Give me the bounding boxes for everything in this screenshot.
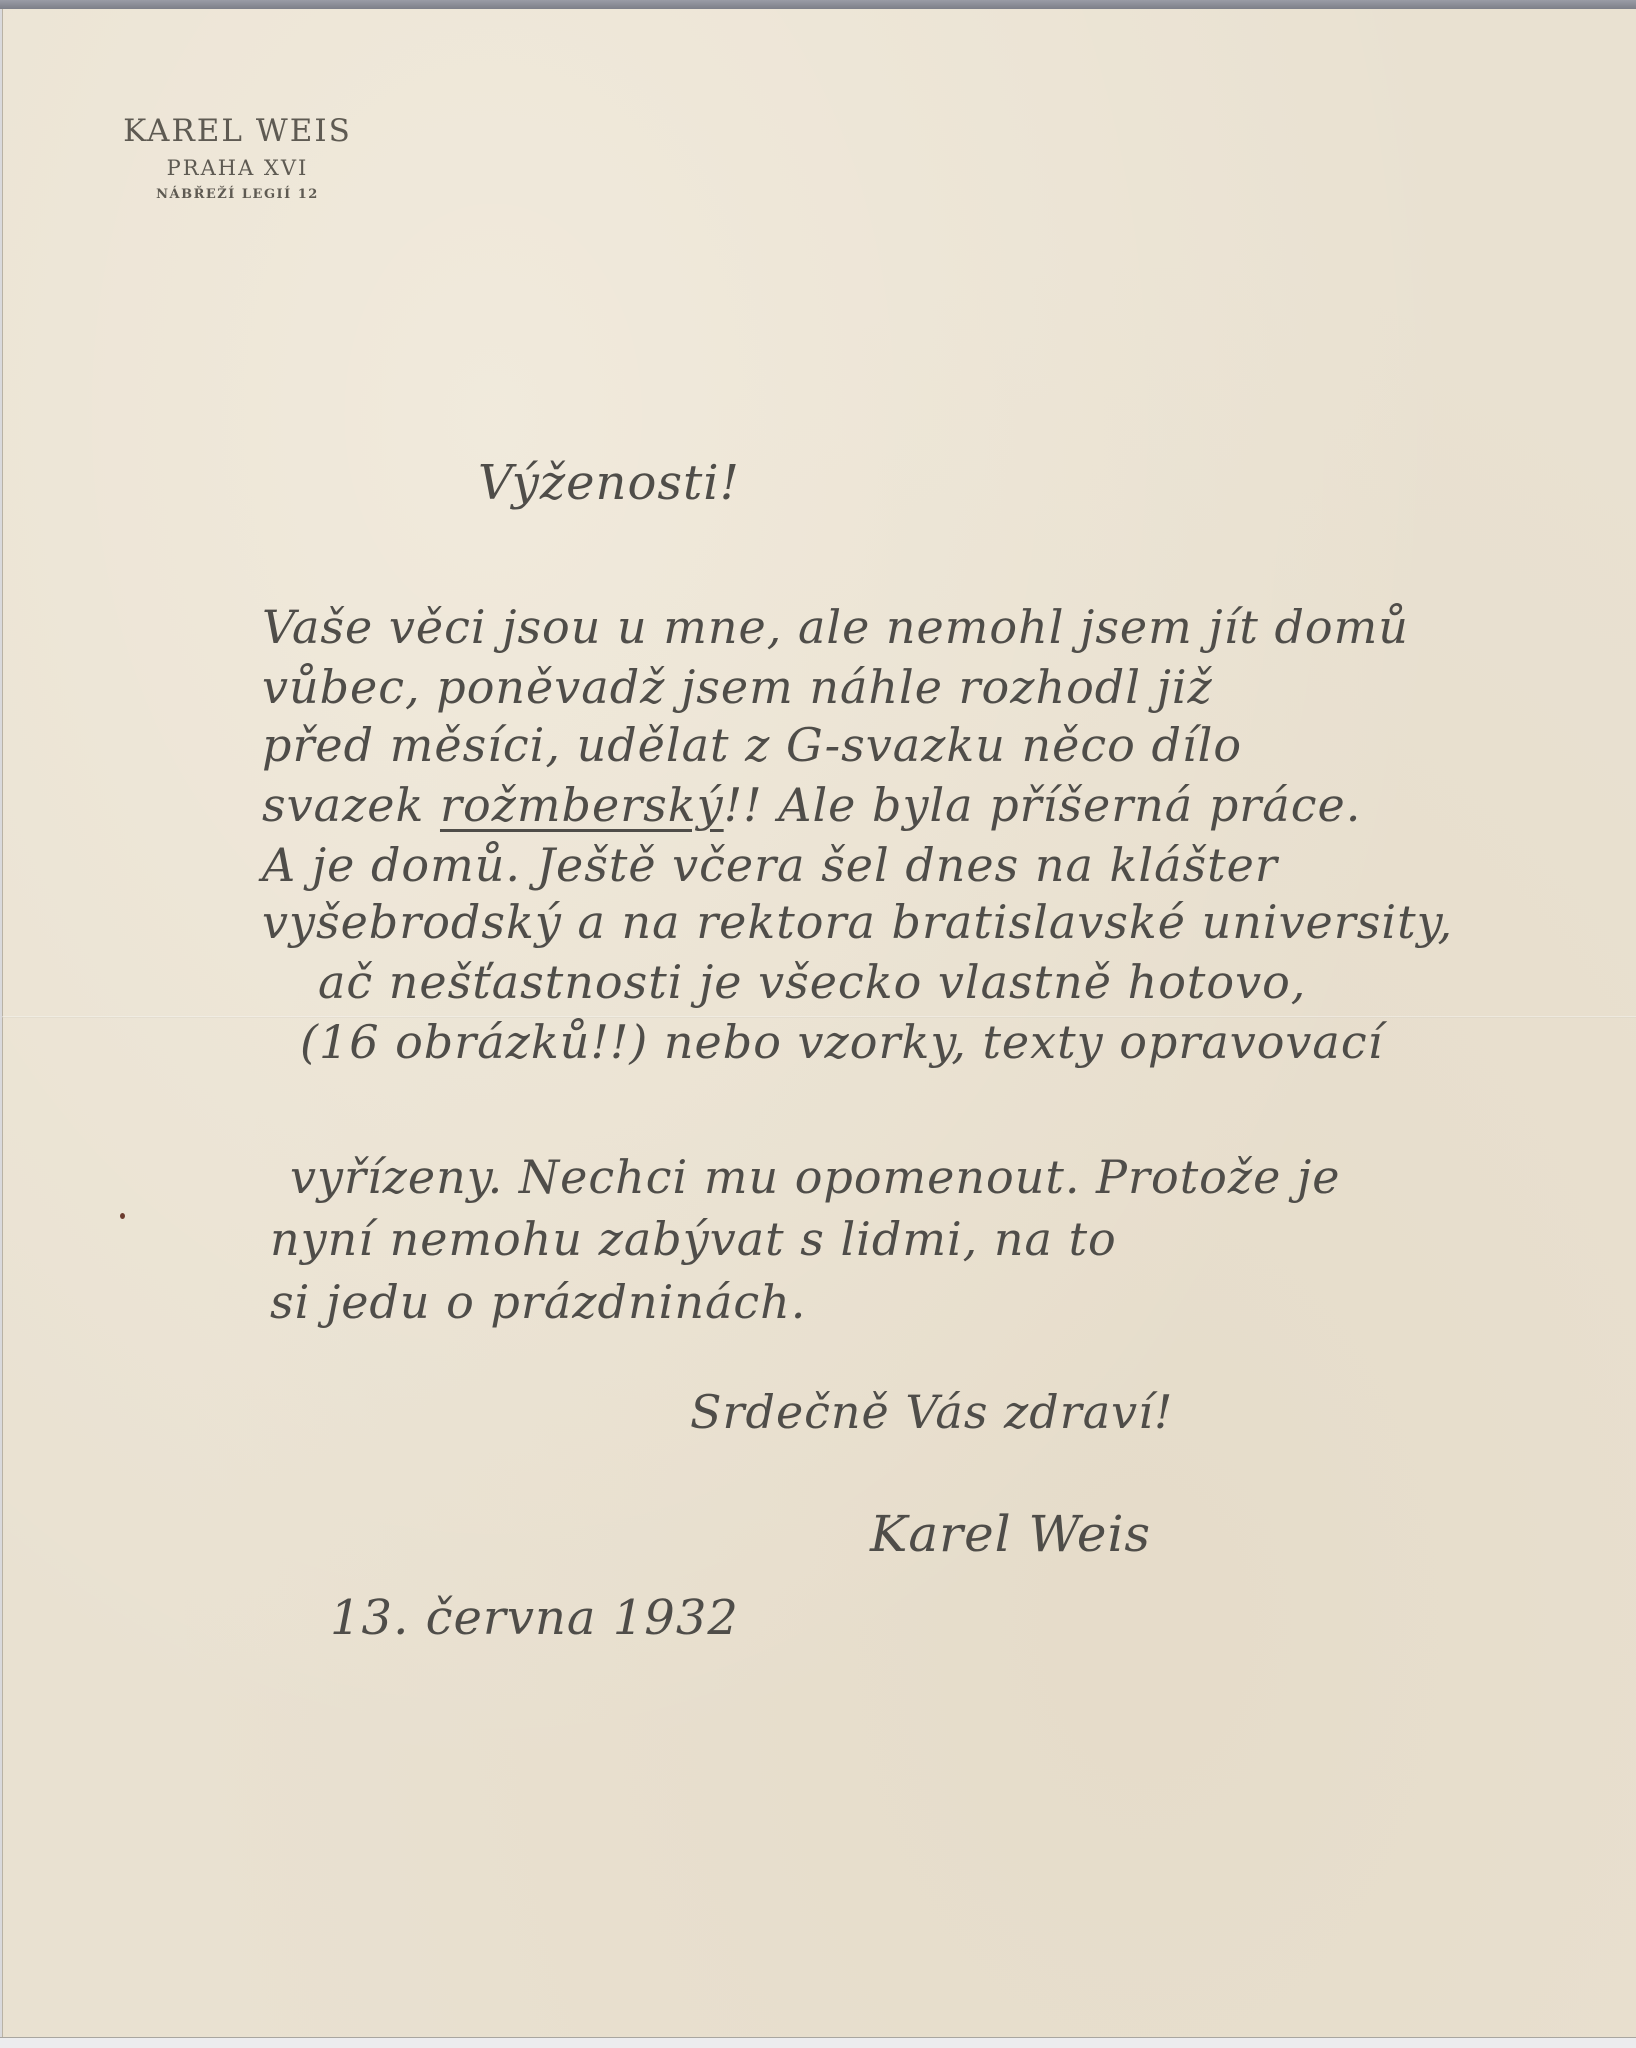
body-line-3: před měsíci, udělat z G-svazku něco dílo [262, 718, 1242, 772]
signature: Karel Weis [870, 1505, 1151, 1563]
underlined-word: rožmberský [440, 778, 724, 832]
letterhead-name: KAREL WEIS [100, 112, 375, 150]
scan-bottom-border [0, 2037, 1636, 2048]
letterhead-city: PRAHA XVI [100, 154, 375, 182]
greeting: Výženosti! [478, 455, 740, 511]
letterhead: KAREL WEIS PRAHA XVI NÁBŘEŽÍ LEGIÍ 12 [100, 112, 375, 206]
body-line-8: (16 obrázků!!) nebo vzorky, texty opravo… [300, 1015, 1383, 1069]
body-line-4-text: svazek [262, 778, 440, 832]
body-line-10: nyní nemohu zabývat s lidmi, na to [270, 1212, 1117, 1266]
scan-top-border [0, 0, 1636, 9]
body-line-6: vyšebrodský a na rektora bratislavské un… [262, 895, 1453, 949]
body-line-2: vůbec, poněvadž jsem náhle rozhodl již [262, 660, 1213, 714]
closing: Srdečně Vás zdraví! [690, 1385, 1173, 1439]
letterhead-address: NÁBŘEŽÍ LEGIÍ 12 [100, 184, 375, 206]
letter-date: 13. června 1932 [330, 1590, 739, 1646]
ink-spot [120, 1213, 125, 1219]
body-line-11: si jedu o prázdninách. [270, 1275, 806, 1329]
body-line-7: ač nešťastnosti je všecko vlastně hotovo… [318, 955, 1306, 1009]
body-line-9: vyřízeny. Nechci mu opomenout. Protože j… [290, 1150, 1340, 1204]
body-line-5: A je domů. Ještě včera šel dnes na klášt… [262, 838, 1278, 892]
body-line-1: Vaše věci jsou u mne, ale nemohl jsem jí… [262, 600, 1409, 654]
body-line-4-rest: !! Ale byla příšerná práce. [724, 778, 1362, 832]
body-line-4: svazek rožmberský!! Ale byla příšerná pr… [262, 778, 1361, 832]
